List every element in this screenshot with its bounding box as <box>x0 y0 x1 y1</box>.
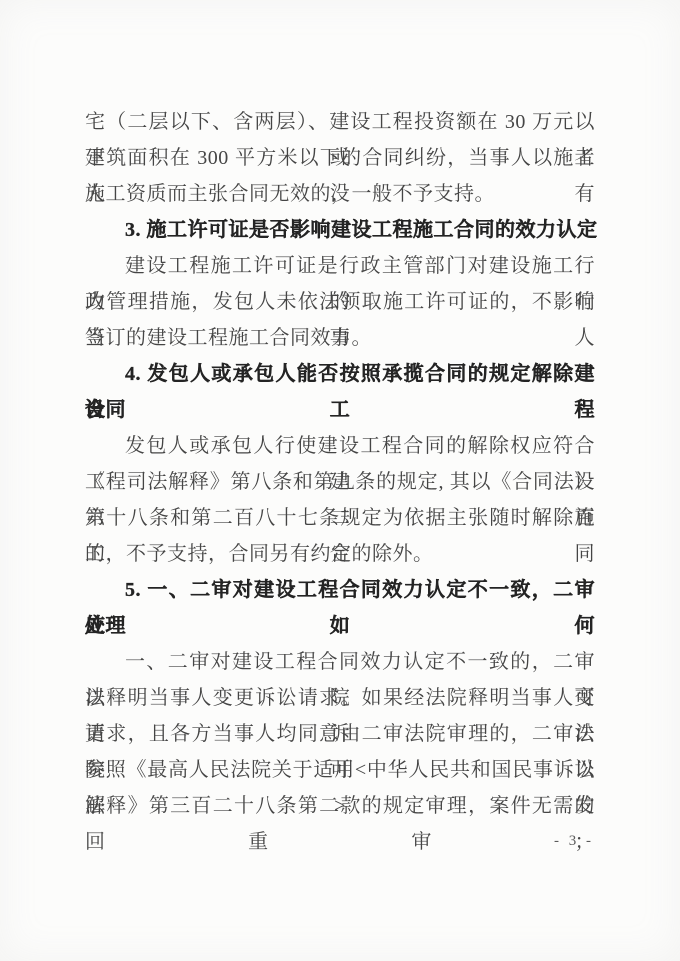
body-line: 请求，且各方当事人均同意由二审法院审理的，二审法院可以 <box>85 716 595 752</box>
body-line: 发包人或承包人行使建设工程合同的解除权应符合《建设 <box>85 428 595 464</box>
body-line: 一、二审对建设工程合同效力认定不一致的，二审法院可 <box>85 644 595 680</box>
document-body: 宅（二层以下、含两层）、建设工程投资额在 30 万元以下或者 建筑面积在 300… <box>0 0 680 824</box>
body-line: 宅（二层以下、含两层）、建设工程投资额在 30 万元以下或者 <box>85 104 595 140</box>
document-page: 宅（二层以下、含两层）、建设工程投资额在 30 万元以下或者 建筑面积在 300… <box>0 0 680 961</box>
body-line: 政管理措施，发包人未依法领取施工许可证的，不影响当事人 <box>85 284 595 320</box>
heading-line-item-4: 4. 发包人或承包人能否按照承揽合同的规定解除建设工程 <box>85 356 595 392</box>
body-line: 参照《最高人民法院关于适用<中华人民共和国民事诉讼法>的 <box>85 752 595 788</box>
body-line: 建设工程施工许可证是行政主管部门对建设施工行为的行 <box>85 248 595 284</box>
body-line: 工程司法解释》第八条和第九条的规定, 其以《合同法》第二百 <box>85 464 595 500</box>
body-line: 以释明当事人变更诉讼请求。如果经法院释明当事人变更诉讼 <box>85 680 595 716</box>
page-number: - 3 - <box>554 830 594 852</box>
heading-line-item-5: 5. 一、二审对建设工程合同效力认定不一致，二审应如何 <box>85 572 595 608</box>
heading-line-item-3: 3. 施工许可证是否影响建设工程施工合同的效力认定 <box>85 212 595 248</box>
body-line: 解释》第三百二十八条第二款的规定审理，案件无需发回重审； <box>85 788 595 824</box>
body-line: 六十八条和第二百八十七条规定为依据主张随时解除施工合同 <box>85 500 595 536</box>
body-line: 建筑面积在 300 平方米以下的合同纠纷，当事人以施工人没有 <box>85 140 595 176</box>
